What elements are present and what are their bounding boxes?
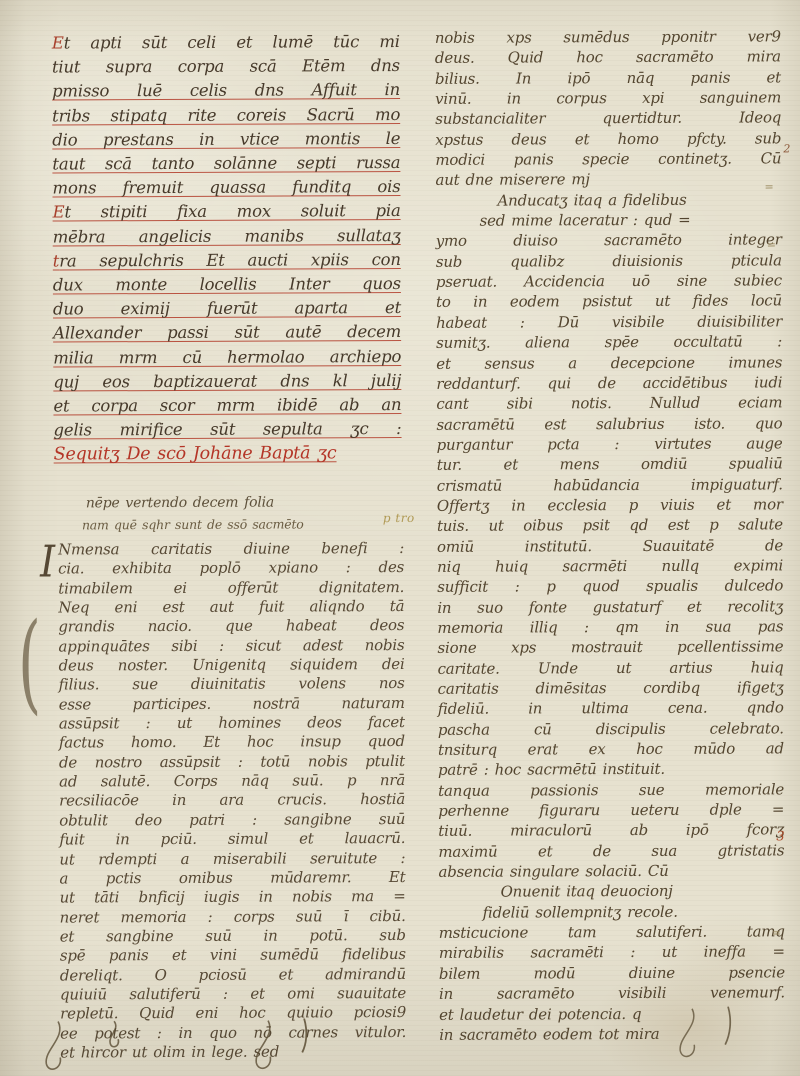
text-line: memoria illiq : qm in sua pas xyxy=(437,616,783,638)
text-line: ut tāti bnficij iugis in nobis ma = xyxy=(38,887,406,908)
text-line: neret memoria : corps suū ī cibū. xyxy=(38,907,406,928)
left-column-main-block: Nmensa caritatis diuine benefi :cia. exh… xyxy=(36,539,406,1063)
margin-flourish: ( xyxy=(18,614,42,714)
text-line: fideliū. in ultima cena. qndo xyxy=(438,698,784,720)
text-line: deus noster. Unigenitq siquidem dei xyxy=(37,655,405,676)
text-line: msticucione tam salutiferi. tamq xyxy=(439,921,785,943)
text-line: xpstus deus et homo pfcty. sub xyxy=(435,128,781,150)
text-line: filius. sue diuinitatis volens nos xyxy=(37,674,405,695)
text-line: perhenne figuraru ueteru dple = xyxy=(438,799,784,821)
text-line: bilem modū diuine psencie xyxy=(439,962,785,984)
text-line: pseruat. Accidencia uō sine subiec xyxy=(436,270,782,292)
text-line: Et stipiti fixa mox soluit pia xyxy=(53,199,401,225)
text-line: Onuenit itaq deuocionj xyxy=(501,881,785,903)
text-line: sumitʒ. aliena spēe occultatū : xyxy=(436,331,782,353)
text-line: obtulit deo patri : sangibne suū xyxy=(37,810,405,831)
margin-mark-3: 3 xyxy=(776,829,784,844)
marginal-pointer-note: p tro xyxy=(383,511,415,525)
text-line: Anducatʒ itaq a fidelibus xyxy=(497,189,781,211)
text-line: tiut supra corpa scā Etēm dns xyxy=(52,54,400,80)
text-line: dereliqt. O pciosū et admirandū xyxy=(38,965,406,986)
text-line: in suo fonte gustaturf et recolitʒ xyxy=(437,596,783,618)
text-line: tiuū. miraculorū ab ipō fcorʒ xyxy=(438,820,784,842)
text-line: tur. et mens omdiū spualiū xyxy=(437,454,783,476)
text-line: cant sibi notis. Nullud eciam xyxy=(436,393,782,415)
text-line: niq huiq sacrmēti nullq expimi xyxy=(437,555,783,577)
text-line: ymo diuiso sacramēto integer xyxy=(436,230,782,252)
text-line: purgantur pcta : virtutes auge xyxy=(437,433,783,455)
text-line: et sensus a decepcione imunes xyxy=(436,352,782,374)
text-line: a pctis omibus mūdaremr. Et xyxy=(37,868,405,889)
text-line: tanqua passionis sue memoriale xyxy=(438,779,784,801)
text-line: omiū institutū. Suauitatē de xyxy=(437,535,783,557)
text-line: factus homo. Et hoc insup quod xyxy=(37,732,405,753)
text-line: sed mime laceratur : qud = xyxy=(480,209,782,231)
text-line: pmisso luē celis dns Affuit in xyxy=(52,78,400,104)
marginal-note-line: nēpe vertendo decem folia xyxy=(86,492,398,514)
text-line: fuit in pciū. simul et lauacrū. xyxy=(37,829,405,850)
text-line: in sacramēto visibili venemurf. xyxy=(439,982,785,1004)
text-line: tra sepulchris Et aucti xpiis con xyxy=(53,248,401,274)
text-line: modici panis specie continetʒ. Cū xyxy=(435,148,781,170)
marginal-note-line: nam quē sqhr sunt de ssō sacmēto xyxy=(82,513,398,535)
text-line: sione xps mostrauit pcellentissime xyxy=(437,637,783,659)
text-line: absencia singulare solaciū. Cū xyxy=(438,860,784,882)
margin-dash: = xyxy=(764,180,773,193)
text-line: pascha cū discipulis celebrato. xyxy=(438,718,784,740)
text-line: tuis. ut oibus psit qd est p salute xyxy=(437,515,783,537)
text-line: spē panis et vini sumēdū fidelibus xyxy=(38,945,406,966)
text-line: milia mrm cū hermolao archiepo xyxy=(53,345,401,371)
text-line: vinū. in corpus xpi sanguinem xyxy=(435,87,781,109)
text-line: timabilem ei offerūt dignitatem. xyxy=(36,578,404,599)
text-line: patrē : hoc sacrmētū instituit. xyxy=(438,759,784,781)
text-line: nobis xps sumēdus pponitr ver9 xyxy=(435,26,781,48)
text-line: deus. Quid hoc sacramēto mira xyxy=(435,47,781,69)
text-line: esse participes. nostrā naturam xyxy=(37,694,405,715)
margin-dash: = xyxy=(767,238,776,251)
margin-dash: = xyxy=(772,926,781,939)
text-line: substancialiter quertidtur. Ideoq xyxy=(435,108,781,130)
text-line: aut dne miserere mj xyxy=(435,169,781,191)
text-line: ut rdempti a miserabili seruitute : xyxy=(37,848,405,869)
text-line: caritatis dimēsitas cordibq ifigetʒ xyxy=(438,677,784,699)
text-line: mons fremuit quassa funditq ois xyxy=(52,175,400,201)
text-line: caritate. Unde ut artius huiq xyxy=(438,657,784,679)
text-line: crismatū habūdancia impiguaturf. xyxy=(437,474,783,496)
text-line: to in eodem psistut ut fides locū xyxy=(436,291,782,313)
text-line: gelis mirifice sūt sepulta ʒc : xyxy=(53,417,401,443)
text-line: habeat : Dū visibile diuisibiliter xyxy=(436,311,782,333)
text-line: tribs stipatq rite coreis Sacrū mo xyxy=(52,103,400,129)
text-line: Neq eni est aut fuit aliqndo tā xyxy=(36,597,404,618)
text-line: appinquātes sibi : sicut adest nobis xyxy=(36,636,404,657)
pen-flourish xyxy=(36,1018,346,1075)
text-line: reddanturf. qui de accidētibus iudi xyxy=(436,372,782,394)
text-line: fideliū sollempnitʒ recole. xyxy=(483,901,785,923)
text-line: ad salutē. Corps nāq suū. p nrā xyxy=(37,771,405,792)
text-line: sub qualibz diuisionis pticula xyxy=(436,250,782,272)
rubric-heading: Sequitʒ De scō Johāne Baptā ʒc xyxy=(54,441,402,467)
text-line: Allexander passi sūt autē decem xyxy=(53,320,401,346)
text-line: duo eximij fuerūt aparta et xyxy=(53,296,401,322)
text-line: Nmensa caritatis diuine benefi : xyxy=(36,539,404,560)
text-line: cia. exhibita poplō xpiano : des xyxy=(36,558,404,579)
text-line: assūpsit : ut homines deos facet xyxy=(37,713,405,734)
right-column: nobis xps sumēdus pponitr ver9deus. Quid… xyxy=(435,26,785,1045)
text-line: quiuiū salutiferū : et omi suauitate xyxy=(38,984,406,1005)
left-column-top-block: Et apti sūt celi et lumē tūc mitiut supr… xyxy=(52,30,402,467)
text-line: quj eos baptizauerat dns kl julij xyxy=(53,369,401,395)
text-line: sufficit : p quod spualis dulcedo xyxy=(437,576,783,598)
text-line: maximū et de sua gtristatis xyxy=(438,840,784,862)
text-line: dio prestans in vtice montis le xyxy=(52,127,400,153)
text-line: bilius. In ipō nāq panis et xyxy=(435,67,781,89)
manuscript-page: Et apti sūt celi et lumē tūc mitiut supr… xyxy=(0,0,800,1076)
text-line: dux monte locellis Inter quos xyxy=(53,272,401,298)
text-line: tnsiturq erat ex hoc mūdo ad xyxy=(438,738,784,760)
text-line: taut scā tanto solānne septi russa xyxy=(52,151,400,177)
text-line: et sangbine suū in potū. sub xyxy=(38,926,406,947)
text-line: sacramētū est salubrius isto. quo xyxy=(436,413,782,435)
text-line: de nostro assūpsit : totū nobis ptulit xyxy=(37,752,405,773)
text-line: Et apti sūt celi et lumē tūc mi xyxy=(52,30,400,56)
text-line: Offertʒ in ecclesia p viuis et mor xyxy=(437,494,783,516)
margin-mark-2: 2 xyxy=(783,142,790,155)
text-line: mirabilis sacramēti : ut ineffa = xyxy=(439,942,785,964)
text-line: mēbra angelicis manibs sullataʒ xyxy=(53,224,401,250)
text-line: et corpa scor mrm ibidē ab an xyxy=(53,393,401,419)
left-column-note-block: nēpe vertendo decem folianam quē sqhr su… xyxy=(58,492,398,535)
text-line: recsiliacōe in ara crucis. hostiā xyxy=(37,790,405,811)
pen-flourish xyxy=(662,1006,752,1066)
text-line: grandis nacio. que habeat deos xyxy=(36,616,404,637)
